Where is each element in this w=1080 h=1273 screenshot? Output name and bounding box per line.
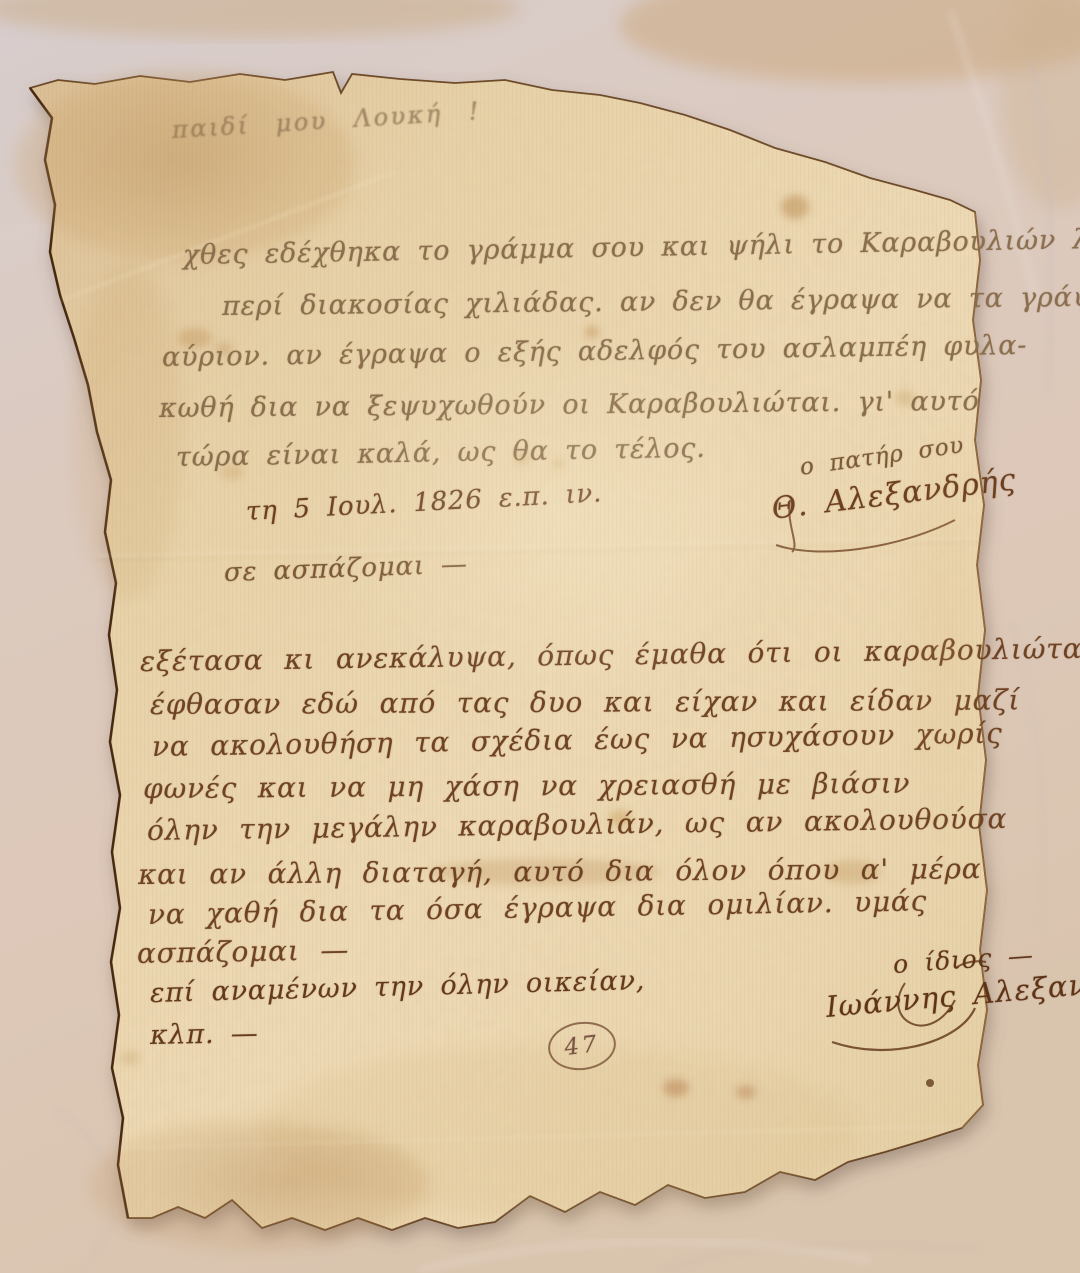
postscript-line: κλπ. — xyxy=(150,1018,259,1051)
archive-number: 47 xyxy=(563,1031,601,1061)
handwriting-line: έφθασαν εδώ από τας δυο και είχαν και εί… xyxy=(150,683,1020,721)
manuscript-photo: παιδί μου Λουκή ! χθες εδέχθηκα το γράμμ… xyxy=(0,0,1080,1273)
handwriting-line: φωνές και να μη χάση να χρειασθή με βιάσ… xyxy=(143,767,911,805)
handwriting-line: ασπάζομαι — xyxy=(137,933,350,970)
